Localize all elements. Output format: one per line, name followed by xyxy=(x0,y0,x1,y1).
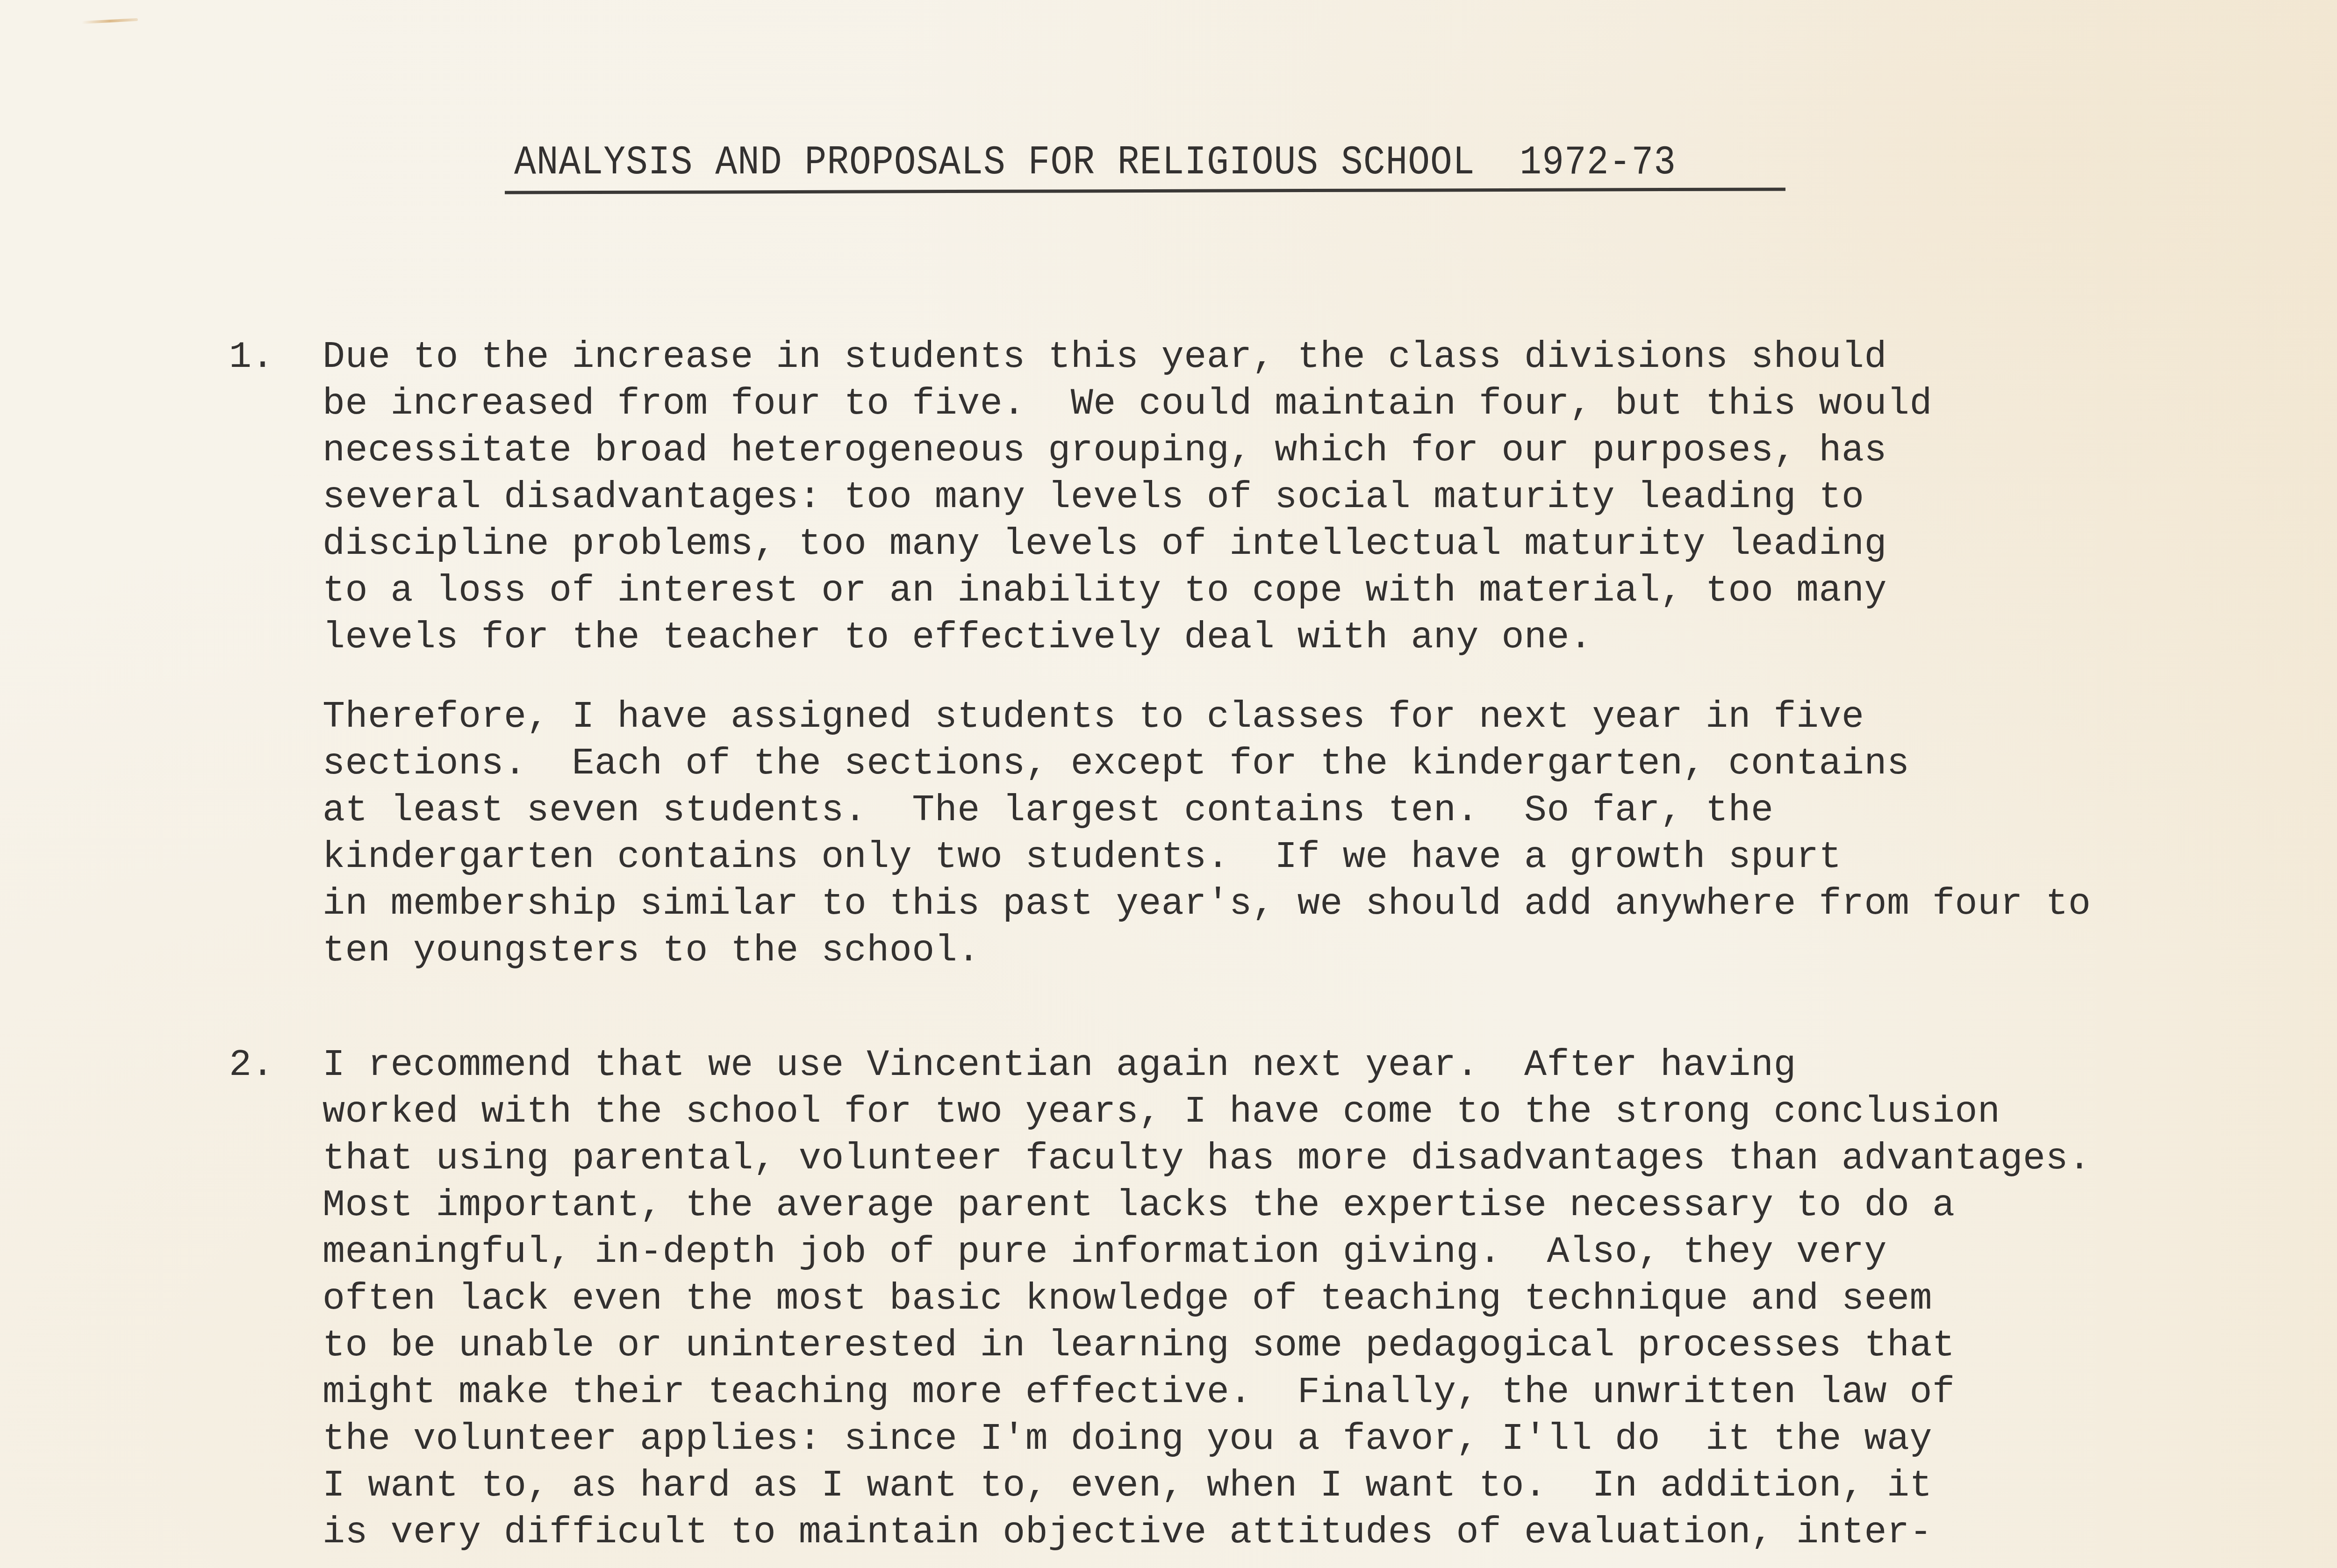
text-line: levels for the teacher to effectively de… xyxy=(323,615,2091,661)
text-line: might make their teaching more effective… xyxy=(323,1369,2091,1416)
text-line: Most important, the average parent lacks… xyxy=(323,1182,2091,1229)
text-line: meaningful, in-depth job of pure informa… xyxy=(323,1229,2091,1276)
text-line: necessitate broad heterogeneous grouping… xyxy=(323,428,2091,474)
text-line: sections. Each of the sections, except f… xyxy=(323,741,2091,788)
text-line: that using parental, volunteer faculty h… xyxy=(323,1136,2091,1182)
title-underline xyxy=(505,187,1785,194)
text-line: kindergarten contains only two students.… xyxy=(323,834,2091,881)
item-number: 2. xyxy=(229,1042,274,1089)
text-line: worked with the school for two years, I … xyxy=(323,1089,2091,1136)
text-line: in membership similar to this past year'… xyxy=(323,881,2091,928)
item-body: I recommend that we use Vincentian again… xyxy=(323,1042,2091,1556)
text-line: to a loss of interest or an inability to… xyxy=(323,568,2091,615)
document-page: ANALYSIS AND PROPOSALS FOR RELIGIOUS SCH… xyxy=(0,0,2337,1568)
text-line: is very difficult to maintain objective … xyxy=(323,1510,2091,1556)
document-title: ANALYSIS AND PROPOSALS FOR RELIGIOUS SCH… xyxy=(514,143,1785,183)
text-line: several disadvantages: too many levels o… xyxy=(323,474,2091,521)
paragraph-gap xyxy=(323,661,2091,694)
text-line: be increased from four to five. We could… xyxy=(323,381,2091,428)
text-line: discipline problems, too many levels of … xyxy=(323,521,2091,568)
staple-rust-mark xyxy=(82,18,138,24)
text-line: Therefore, I have assigned students to c… xyxy=(323,694,2091,741)
paragraph: I recommend that we use Vincentian again… xyxy=(323,1042,2091,1556)
paragraph: Therefore, I have assigned students to c… xyxy=(323,694,2091,974)
text-line: I want to, as hard as I want to, even, w… xyxy=(323,1463,2091,1510)
text-line: ten youngsters to the school. xyxy=(323,928,2091,974)
item-number: 1. xyxy=(229,334,274,381)
text-line: Due to the increase in students this yea… xyxy=(323,334,2091,381)
text-line: at least seven students. The largest con… xyxy=(323,788,2091,834)
item-body: Due to the increase in students this yea… xyxy=(323,334,2091,974)
text-line: often lack even the most basic knowledge… xyxy=(323,1276,2091,1323)
text-line: the volunteer applies: since I'm doing y… xyxy=(323,1416,2091,1463)
text-line: to be unable or uninterested in learning… xyxy=(323,1323,2091,1369)
text-line: I recommend that we use Vincentian again… xyxy=(323,1042,2091,1089)
paragraph: Due to the increase in students this yea… xyxy=(323,334,2091,661)
document-header: ANALYSIS AND PROPOSALS FOR RELIGIOUS SCH… xyxy=(514,143,1785,179)
